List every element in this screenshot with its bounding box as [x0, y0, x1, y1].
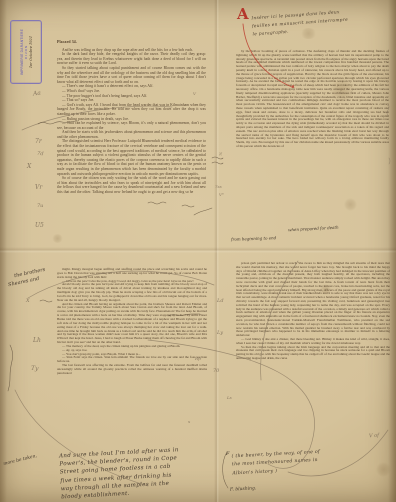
- printed-paragraph: The last farewell was affecting in the e…: [57, 364, 207, 376]
- printed-paragraph: And then he starts with his jawbreakers …: [57, 130, 206, 139]
- pencil-mark: 7r: [35, 138, 42, 145]
- pencil-mark-x: X: [26, 298, 30, 304]
- paper-stain: [52, 234, 63, 243]
- printed-paragraph: The distinguished scientist Herr Profess…: [57, 139, 206, 176]
- ink-insertion-prepared-for-death: when prepared for death: [288, 225, 339, 233]
- ink-insertion-beginning-to-end: from beginning to end: [231, 235, 276, 242]
- paper-stain: [376, 462, 391, 477]
- page-top-left: Placard 34. And he was telling us they c…: [57, 40, 206, 195]
- pencil-mark: Ly: [217, 330, 223, 336]
- printer-stamp-city: DIJON: [24, 45, 28, 59]
- pencil-mark: V of: [369, 433, 380, 440]
- page-top-right: by the hollow booming of pieces of ordna…: [236, 50, 389, 149]
- pencil-mark-x: x: [188, 419, 190, 424]
- printed-paragraph: by the hollow booming of pieces of ordna…: [236, 50, 389, 149]
- pencil-mark-x: X: [27, 163, 31, 170]
- printed-paragraph: — That can be explained by science, says…: [57, 121, 206, 130]
- page-bottom-left-body: might. Mangy mongrel began sniffling and…: [57, 268, 207, 376]
- illegible-cursive: [40, 300, 52, 302]
- pencil-mark: )(: [219, 151, 222, 156]
- pencil-mark: Rft: [195, 356, 201, 361]
- printed-paragraph: Arrah! bloody end to the paw he'd paw an…: [57, 283, 207, 302]
- ink-insertion-sheares: Sheares and: [8, 276, 40, 288]
- handwritten-insertion-block-right: ( the bearer, by the way, of one ofthe m…: [231, 447, 362, 479]
- horizontal-fold: [0, 247, 396, 253]
- placard-scan: IMPRIMERIE DARANTIERE DIJON 1er Octobre …: [0, 0, 396, 502]
- pencil-mark: 7d: [37, 151, 44, 158]
- pencil-mark: Vr: [35, 184, 42, 191]
- handwritten-insertion-block-left: And sure the lout I'm told after was inP…: [59, 444, 231, 502]
- placard-number: Placard 34.: [57, 40, 206, 45]
- pencil-mark-aa: Aa: [33, 89, 42, 97]
- pencil-mark: V: [193, 91, 196, 96]
- pencil-mark: V·····: [189, 149, 197, 153]
- printer-stamp-frame: IMPRIMERIE DARANTIERE DIJON 1er Octobre …: [10, 20, 42, 84]
- paper-stain: [344, 198, 357, 211]
- illegible-cursive: [194, 208, 212, 215]
- paper-edge-right: [388, 0, 396, 502]
- red-caret: ∧: [291, 84, 295, 90]
- pencil-mark: 7u: [37, 203, 43, 209]
- printed-paragraph: — God's truth, says Alf. I heard that fr…: [57, 103, 206, 117]
- illegible-cursive: [8, 345, 13, 391]
- illegible-cursive: [182, 205, 194, 207]
- ink-insertion-morebetoken: more be token,: [3, 454, 38, 467]
- pencil-mark: 7ss: [215, 184, 222, 189]
- printed-paragraph: prison garb permitted her ardour to reac…: [236, 262, 390, 338]
- pencil-mark: V°: [219, 192, 224, 197]
- printed-paragraph: So of course the citizen was only waitin…: [57, 176, 206, 194]
- printed-paragraph: And the citizen and Bloom having an argu…: [57, 303, 207, 345]
- pencil-mark: Ld: [217, 298, 224, 304]
- printed-paragraph: So then the citizen begins talking about…: [236, 346, 390, 361]
- printed-paragraph: So they started talking about capital pu…: [57, 66, 206, 84]
- paper-edge-left: [0, 0, 7, 502]
- page-bottom-left: might. Mangy mongrel began sniffling and…: [57, 268, 207, 376]
- printer-stamp: IMPRIMERIE DARANTIERE DIJON 1er Octobre …: [9, 20, 41, 84]
- ink-insertion-blushing: F. blushing.: [230, 486, 257, 492]
- illegible-cursive: [148, 202, 166, 204]
- pencil-mark: Ls: [227, 395, 232, 400]
- page-bottom-right: prison garb permitted her ardour to reac…: [236, 262, 390, 361]
- ink-key-letter-f: F: [226, 451, 229, 457]
- pencil-mark: Ty: [31, 365, 39, 373]
- printer-stamp-date: 1er Octobre 1921: [29, 36, 33, 68]
- page-top-right-body: by the hollow booming of pieces of ordna…: [236, 50, 389, 149]
- red-insertion-marker-a: A: [237, 5, 249, 23]
- pencil-mark: 70: [213, 368, 219, 374]
- red-insertion-note: Insérer ici le passage dans les deuxfeui…: [251, 9, 349, 40]
- pencil-mark: Lh: [33, 337, 41, 344]
- page-top-left-body: And he was telling us they chop up the r…: [57, 48, 206, 195]
- printed-paragraph: might. Mangy mongrel began sniffling and…: [57, 268, 207, 280]
- printed-paragraph: In the dark land they bide, the vengeful…: [57, 52, 206, 66]
- page-bottom-right-body: prison garb permitted her ardour to reac…: [236, 262, 390, 361]
- pencil-mark: U5: [35, 222, 44, 229]
